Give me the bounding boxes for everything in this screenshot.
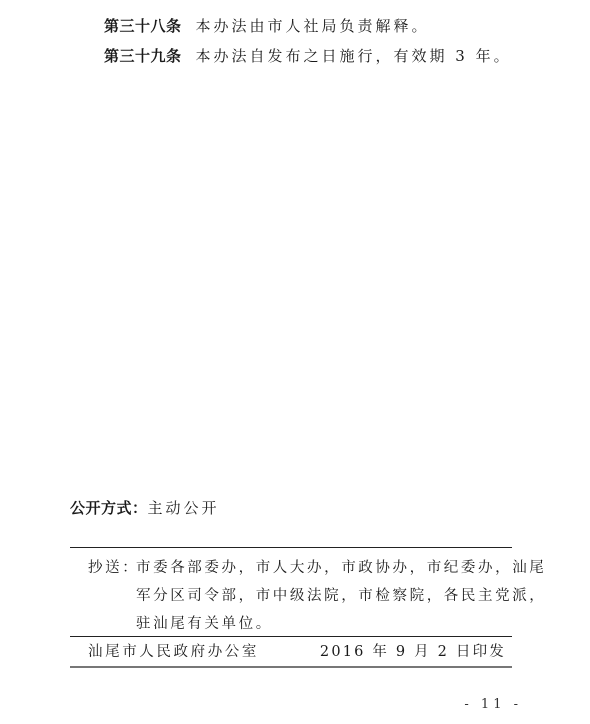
disclosure-value: 主动公开	[148, 499, 220, 517]
divider-top	[70, 547, 512, 548]
cc-line: 军分区司令部，市中级法院，市检察院，各民主党派，	[136, 582, 546, 610]
article-text: 本办法由市人社局负责解释。	[196, 17, 430, 35]
cc-label: 抄送：	[88, 554, 139, 582]
issuing-office: 汕尾市人民政府办公室	[88, 642, 259, 662]
article-number: 第三十八条	[104, 17, 182, 35]
article-38: 第三十八条本办法由市人社局负责解释。	[104, 16, 430, 36]
divider-middle	[70, 636, 512, 637]
disclosure-method: 公开方式：主动公开	[70, 498, 220, 518]
article-39: 第三十九条本办法自发布之日施行，有效期 3 年。	[104, 46, 512, 66]
page-number: - 11 -	[464, 697, 522, 713]
issue-date: 2016 年 9 月 2 日印发	[320, 642, 506, 662]
disclosure-label: 公开方式：	[70, 499, 148, 517]
cc-list: 市委各部委办，市人大办，市政协办，市纪委办，汕尾 军分区司令部，市中级法院，市检…	[136, 554, 546, 638]
cc-line: 驻汕尾有关单位。	[136, 610, 546, 638]
article-number: 第三十九条	[104, 47, 182, 65]
divider-bottom	[70, 666, 512, 668]
cc-line: 市委各部委办，市人大办，市政协办，市纪委办，汕尾	[136, 554, 546, 582]
article-text: 本办法自发布之日施行，有效期 3 年。	[196, 47, 512, 65]
